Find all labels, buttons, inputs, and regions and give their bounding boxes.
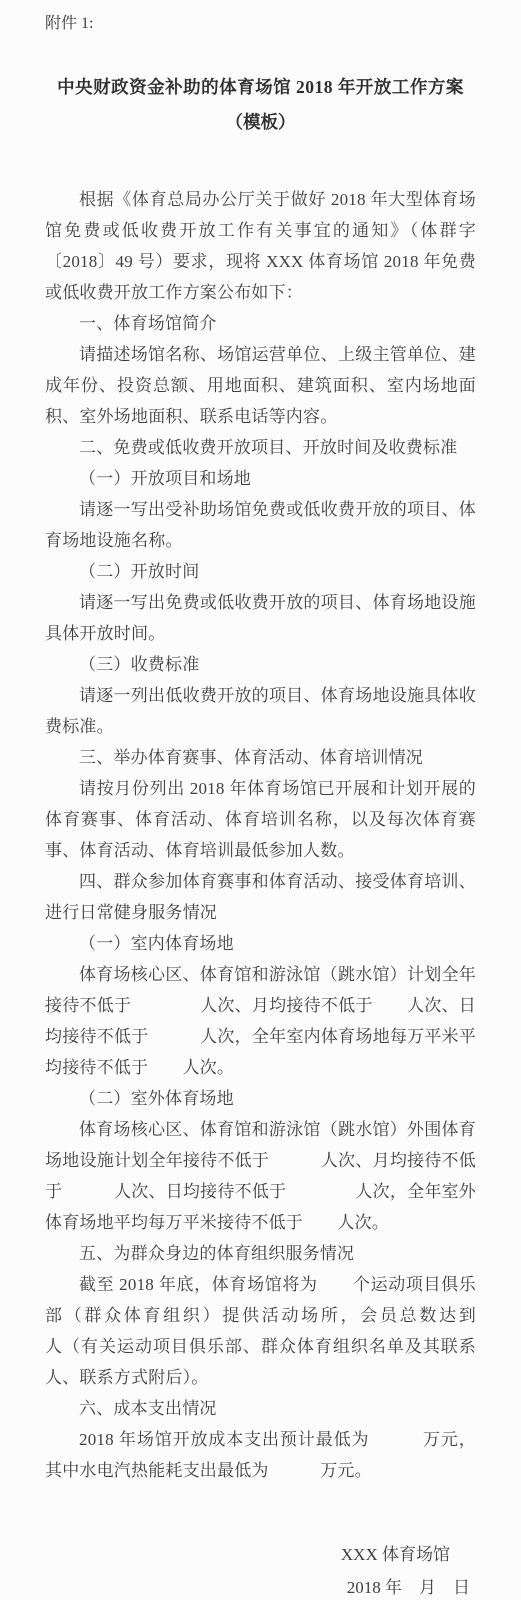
section-subheading: （一）室内体育场地 bbox=[45, 928, 476, 959]
section-subheading: （一）开放项目和场地 bbox=[45, 463, 476, 494]
document-body: 根据《体育总局办公厅关于做好 2018 年大型体育场馆免费或低收费开放工作有关事… bbox=[45, 184, 476, 1486]
document-page: 附件 1: 中央财政资金补助的体育场馆 2018 年开放工作方案 （模板） 根据… bbox=[0, 0, 521, 1600]
section-heading: 二、免费或低收费开放项目、开放时间及收费标准 bbox=[45, 432, 476, 463]
paragraph: 请按月份列出 2018 年体育场馆已开展和计划开展的体育赛事、体育活动、体育培训… bbox=[45, 773, 476, 866]
paragraph: 请逐一列出低收费开放的项目、体育场地设施具体收费标准。 bbox=[45, 680, 476, 742]
paragraph: 请逐一写出免费或低收费开放的项目、体育场地设施具体开放时间。 bbox=[45, 587, 476, 649]
section-heading: 五、为群众身边的体育组织服务情况 bbox=[45, 1238, 476, 1269]
section-heading: 三、举办体育赛事、体育活动、体育培训情况 bbox=[45, 742, 476, 773]
section-heading: 一、体育场馆简介 bbox=[45, 308, 476, 339]
paragraph: 体育场核心区、体育馆和游泳馆（跳水馆）计划全年接待不低于 人次、月均接待不低于 … bbox=[45, 959, 476, 1083]
signature-org: XXX 体育场馆 bbox=[45, 1538, 476, 1571]
paragraph: 请逐一写出受补助场馆免费或低收费开放的项目、体育场地设施名称。 bbox=[45, 494, 476, 556]
paragraph: 请描述场馆名称、场馆运营单位、上级主管单位、建成年份、投资总额、用地面积、建筑面… bbox=[45, 339, 476, 432]
document-subtitle: （模板） bbox=[45, 105, 476, 140]
signature-date: 2018 年 月 日 bbox=[45, 1571, 476, 1600]
signature-block: XXX 体育场馆 2018 年 月 日 bbox=[45, 1538, 476, 1600]
section-subheading: （二）开放时间 bbox=[45, 556, 476, 587]
section-heading: 六、成本支出情况 bbox=[45, 1393, 476, 1424]
attachment-label: 附件 1: bbox=[45, 12, 476, 36]
section-heading: 四、群众参加体育赛事和体育活动、接受体育培训、进行日常健身服务情况 bbox=[45, 866, 476, 928]
paragraph: 体育场核心区、体育馆和游泳馆（跳水馆）外围体育场地设施计划全年接待不低于 人次、… bbox=[45, 1114, 476, 1238]
document-title: 中央财政资金补助的体育场馆 2018 年开放工作方案 bbox=[45, 70, 476, 105]
section-subheading: （三）收费标准 bbox=[45, 649, 476, 680]
section-subheading: （二）室外体育场地 bbox=[45, 1083, 476, 1114]
paragraph: 截至 2018 年底，体育场馆将为 个运动项目俱乐部（群众体育组织）提供活动场所… bbox=[45, 1269, 476, 1393]
paragraph: 根据《体育总局办公厅关于做好 2018 年大型体育场馆免费或低收费开放工作有关事… bbox=[45, 184, 476, 308]
paragraph: 2018 年场馆开放成本支出预计最低为 万元，其中水电汽热能耗支出最低为 万元。 bbox=[45, 1424, 476, 1486]
